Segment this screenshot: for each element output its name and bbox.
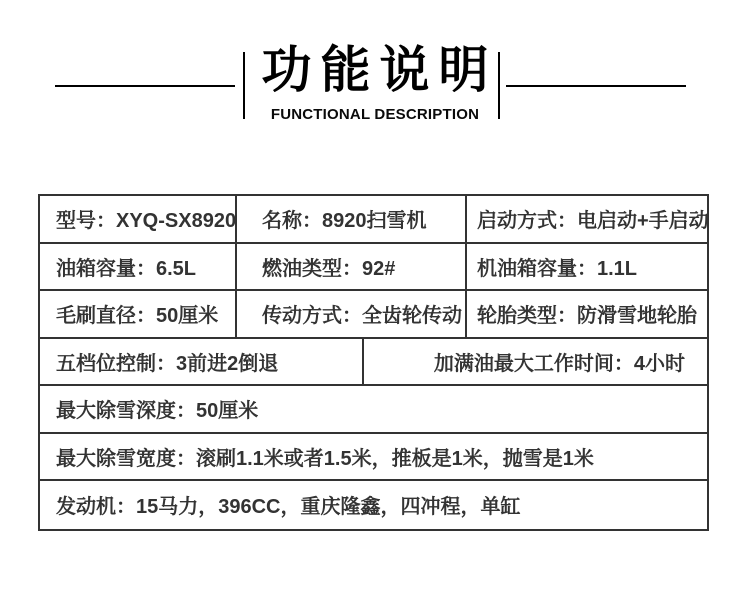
right-dash-line: [506, 85, 686, 87]
cell-brush-diameter: 毛刷直径：50厘米: [40, 291, 237, 337]
table-row: 发动机：15马力，396CC，重庆隆鑫，四冲程，单缸: [40, 481, 707, 529]
product-description-page: 功能说明 FUNCTIONAL DESCRIPTION 型号：XYQ-SX892…: [0, 0, 750, 599]
cell-tire-type: 轮胎类型：防滑雪地轮胎: [467, 291, 707, 337]
right-vertical-line: [498, 52, 500, 119]
cell-gear-control: 五档位控制：3前进2倒退: [40, 339, 364, 385]
cell-max-snow-width: 最大除雪宽度：滚刷1.1米或者1.5米，推板是1米，抛雪是1米: [40, 434, 707, 480]
table-row: 毛刷直径：50厘米 传动方式：全齿轮传动 轮胎类型：防滑雪地轮胎: [40, 291, 707, 339]
cell-fuel-type: 燃油类型：92#: [237, 244, 467, 290]
cell-transmission: 传动方式：全齿轮传动: [237, 291, 467, 337]
cell-max-snow-depth: 最大除雪深度：50厘米: [40, 386, 707, 432]
cell-name: 名称：8920扫雪机: [237, 196, 467, 242]
table-row: 最大除雪宽度：滚刷1.1米或者1.5米，推板是1米，抛雪是1米: [40, 434, 707, 482]
table-row: 最大除雪深度：50厘米: [40, 386, 707, 434]
cell-engine: 发动机：15马力，396CC，重庆隆鑫，四冲程，单缸: [40, 481, 707, 529]
table-row: 型号：XYQ-SX8920 名称：8920扫雪机 启动方式：电启动+手启动: [40, 196, 707, 244]
table-row: 五档位控制：3前进2倒退 加满油最大工作时间：4小时: [40, 339, 707, 387]
header: 功能说明 FUNCTIONAL DESCRIPTION: [0, 0, 750, 160]
table-row: 油箱容量：6.5L 燃油类型：92# 机油箱容量：1.1L: [40, 244, 707, 292]
page-subtitle: FUNCTIONAL DESCRIPTION: [0, 106, 750, 123]
spec-table: 型号：XYQ-SX8920 名称：8920扫雪机 启动方式：电启动+手启动 油箱…: [38, 194, 709, 531]
cell-max-work-time: 加满油最大工作时间：4小时: [364, 339, 707, 385]
cell-oil-capacity: 机油箱容量：1.1L: [467, 244, 707, 290]
cell-model: 型号：XYQ-SX8920: [40, 196, 237, 242]
cell-fuel-capacity: 油箱容量：6.5L: [40, 244, 237, 290]
page-title: 功能说明: [0, 38, 750, 102]
cell-start-mode: 启动方式：电启动+手启动: [467, 196, 707, 242]
